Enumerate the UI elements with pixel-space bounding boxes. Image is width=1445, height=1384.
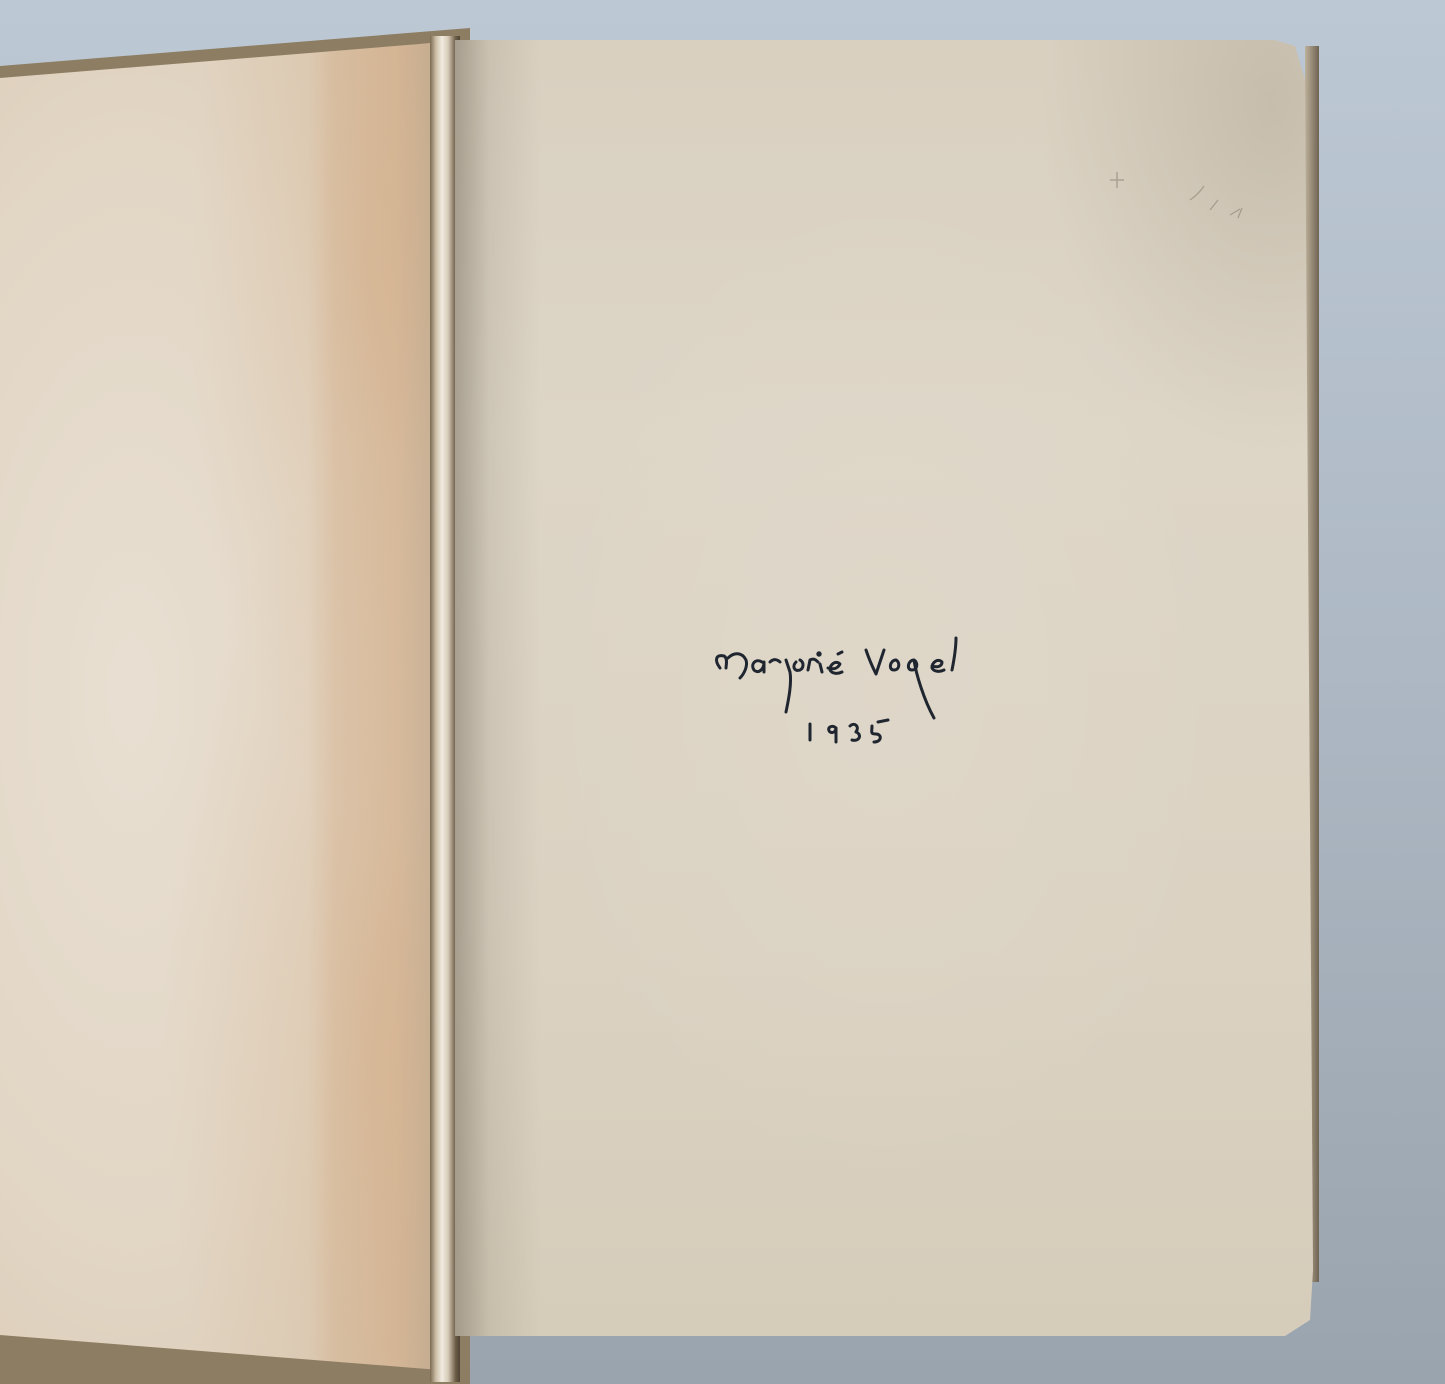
faint-pencil-marks	[1100, 110, 1300, 230]
front-pastedown	[0, 0, 440, 1384]
handwritten-inscription: Marjorie Vogel 1935	[700, 610, 1060, 760]
book-photo: Marjorie Vogel 1935	[0, 0, 1445, 1384]
signature-ink	[700, 610, 1060, 760]
